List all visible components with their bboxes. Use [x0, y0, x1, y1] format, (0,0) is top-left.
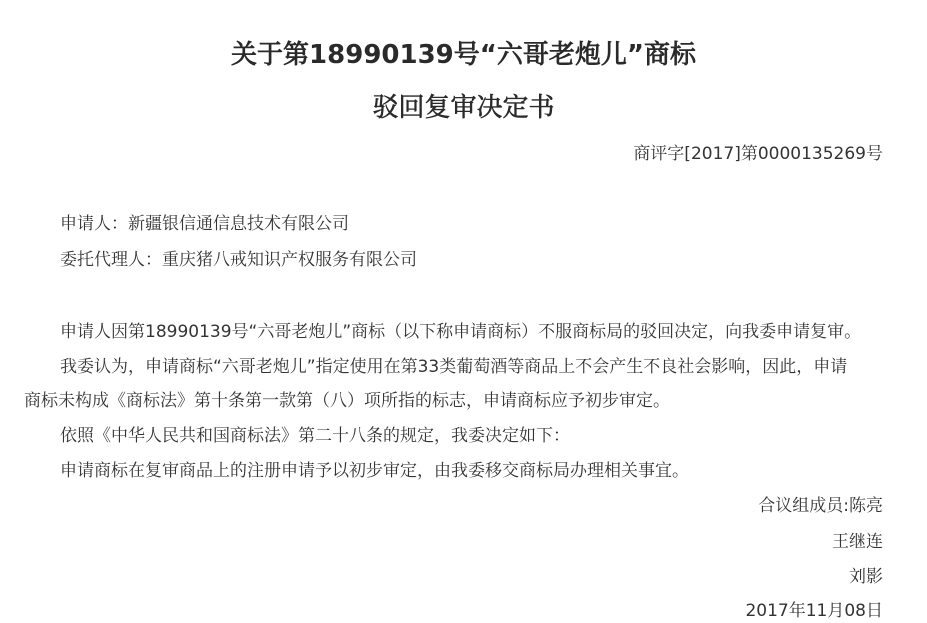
document-title-line-2: 驳回复审决定书	[0, 87, 927, 124]
reference-number: 商评字[2017]第0000135269号	[633, 139, 883, 164]
applicant-line: 申请人：新疆银信通信息技术有限公司	[60, 209, 349, 234]
paragraph-opinion-continued: 商标未构成《商标法》第十条第一款第（八）项所指的标志，申请商标应予初步审定。	[24, 386, 670, 411]
paragraph-opinion: 我委认为，申请商标“六哥老炮儿”指定使用在第33类葡萄酒等商品上不会产生不良社会…	[60, 352, 847, 377]
decision-date: 2017年11月08日	[745, 596, 883, 621]
paragraph-legal-basis: 依照《中华人民共和国商标法》第二十八条的规定，我委决定如下：	[60, 421, 570, 446]
agent-line: 委托代理人：重庆猪八戒知识产权服务有限公司	[60, 245, 417, 270]
paragraph-request: 申请人因第18990139号“六哥老炮儿”商标（以下称申请商标）不服商标局的驳回…	[60, 317, 861, 342]
panel-member-1: 合议组成员:陈亮	[758, 491, 883, 516]
panel-member-2: 王继连	[832, 527, 883, 552]
panel-member-3: 刘影	[849, 562, 883, 587]
document-title-line-1: 关于第18990139号“六哥老炮儿”商标	[0, 34, 927, 71]
paragraph-decision: 申请商标在复审商品上的注册申请予以初步审定，由我委移交商标局办理相关事宜。	[60, 456, 689, 481]
